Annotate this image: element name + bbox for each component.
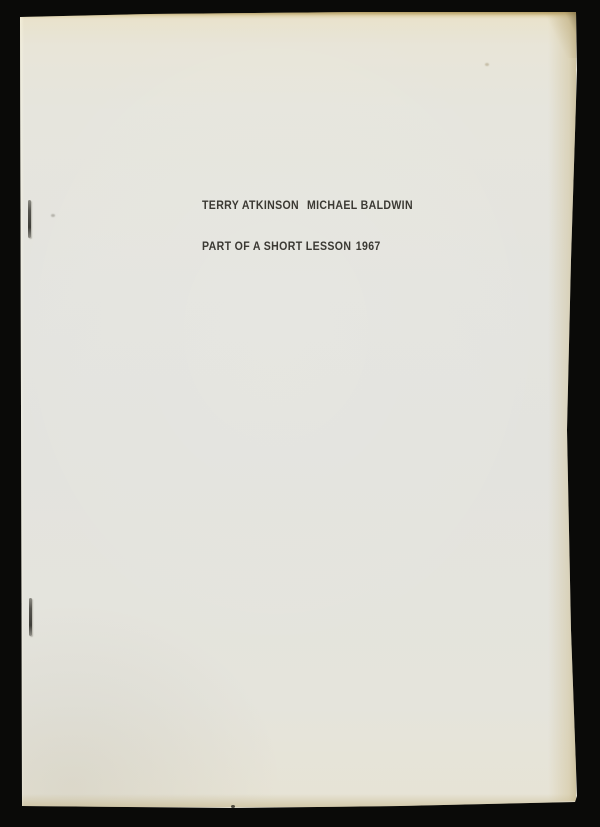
top-right-corner-crease [538,12,578,58]
paper-bottom-edge-tint [22,794,576,807]
title-text: PART OF A SHORT LESSON [202,239,351,253]
staple-top [28,200,31,238]
paper-speck [51,214,55,217]
paper-right-edge-tint [548,13,576,801]
author-name: TERRY ATKINSON [202,198,299,212]
cover-text: TERRY ATKINSONMICHAEL BALDWIN PART OF A … [202,198,462,268]
staple-bottom [29,598,32,636]
paper-top-page-edges [20,12,577,19]
title-line: PART OF A SHORT LESSON1967 [202,239,381,253]
authors-line: TERRY ATKINSONMICHAEL BALDWIN [202,198,413,212]
paper-speck [485,63,489,66]
paper-left-edge-highlight [20,17,24,806]
author-name: MICHAEL BALDWIN [307,198,413,212]
title-year: 1967 [356,239,381,253]
paper-speck [350,808,353,810]
photo-black-background: TERRY ATKINSONMICHAEL BALDWIN PART OF A … [0,0,600,827]
booklet-cover: TERRY ATKINSONMICHAEL BALDWIN PART OF A … [0,0,600,827]
paper-speck [231,805,235,808]
